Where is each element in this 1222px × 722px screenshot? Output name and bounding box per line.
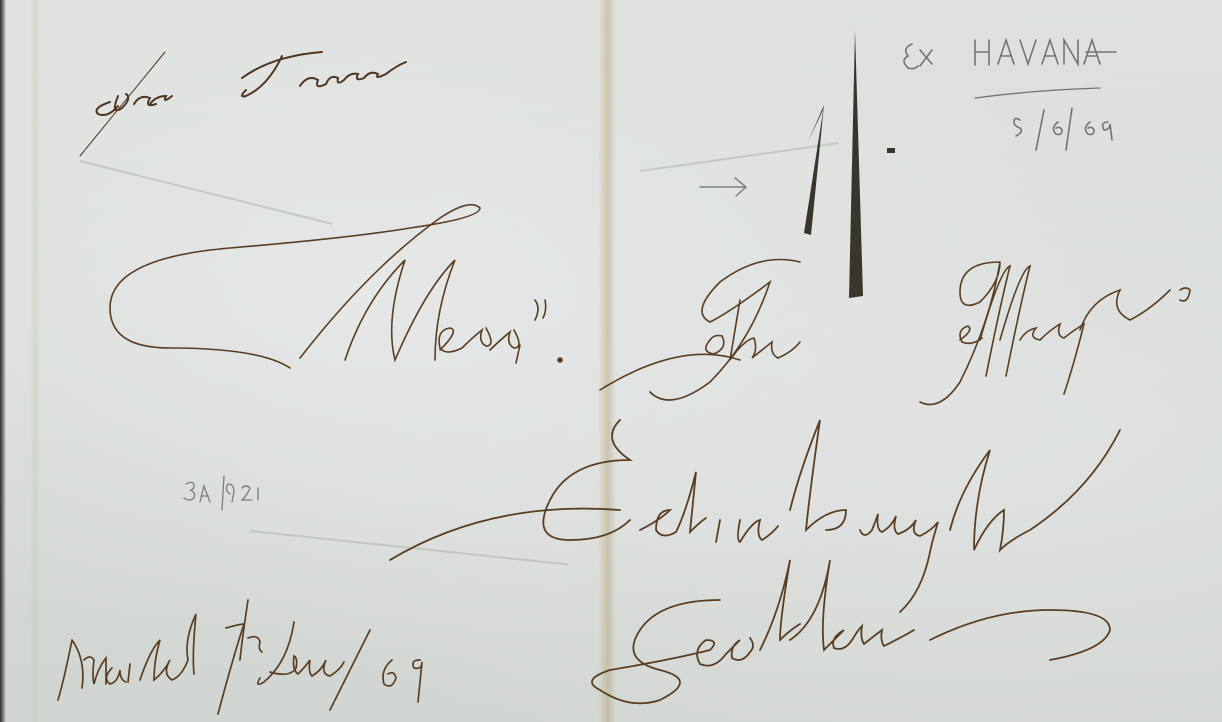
pencil-arrow-icon — [700, 178, 746, 196]
postal-cover: per Tamar Ex HAVANA 5/6/69 3A/921 1/- Me… — [0, 0, 1222, 722]
